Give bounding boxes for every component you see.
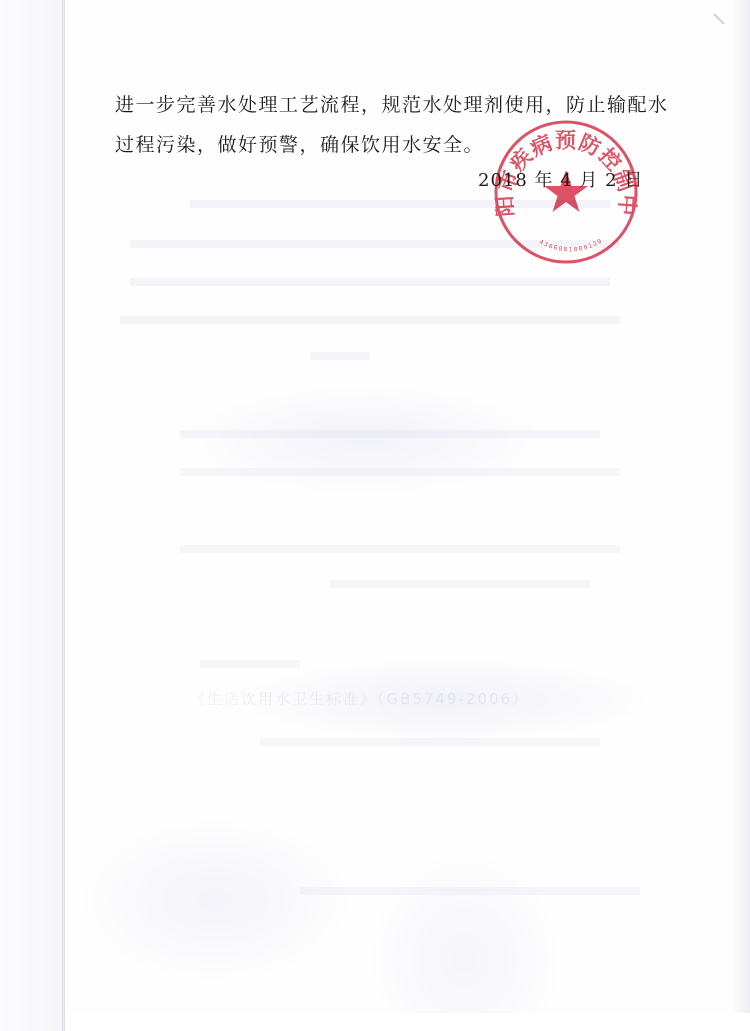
bleed-through-line [180,545,620,553]
bleed-through-line [300,887,640,895]
bleed-through-text: 《生活饮用水卫生标准》（GB5749-2006） [190,688,529,709]
official-seal-stamp: 岳阳市疾病预防控制中心 4306001000120 [492,118,640,266]
scan-margin [0,0,62,1031]
scan-bottom-margin [65,1013,750,1031]
bleed-through-line [200,660,300,668]
bleed-through-line [310,352,370,360]
bleed-through-line [130,278,610,286]
bleed-through-line [180,430,600,438]
stamp-organization: 岳阳市疾病预防控制中心 [492,118,640,217]
star-icon [544,170,588,212]
stamp-code: 4306001000120 [538,237,604,253]
body-text-line: 过程污染，做好预警，确保饮用水安全。 [115,130,484,157]
bleed-through-line [120,316,620,324]
bleed-through-line [180,468,620,476]
bleed-through-line [330,580,590,588]
page-shadow [732,0,750,1013]
bleed-through-line [260,738,600,746]
body-text-line: 进一步完善水处理工艺流程，规范水处理剂使用，防止输配水 [115,90,669,117]
